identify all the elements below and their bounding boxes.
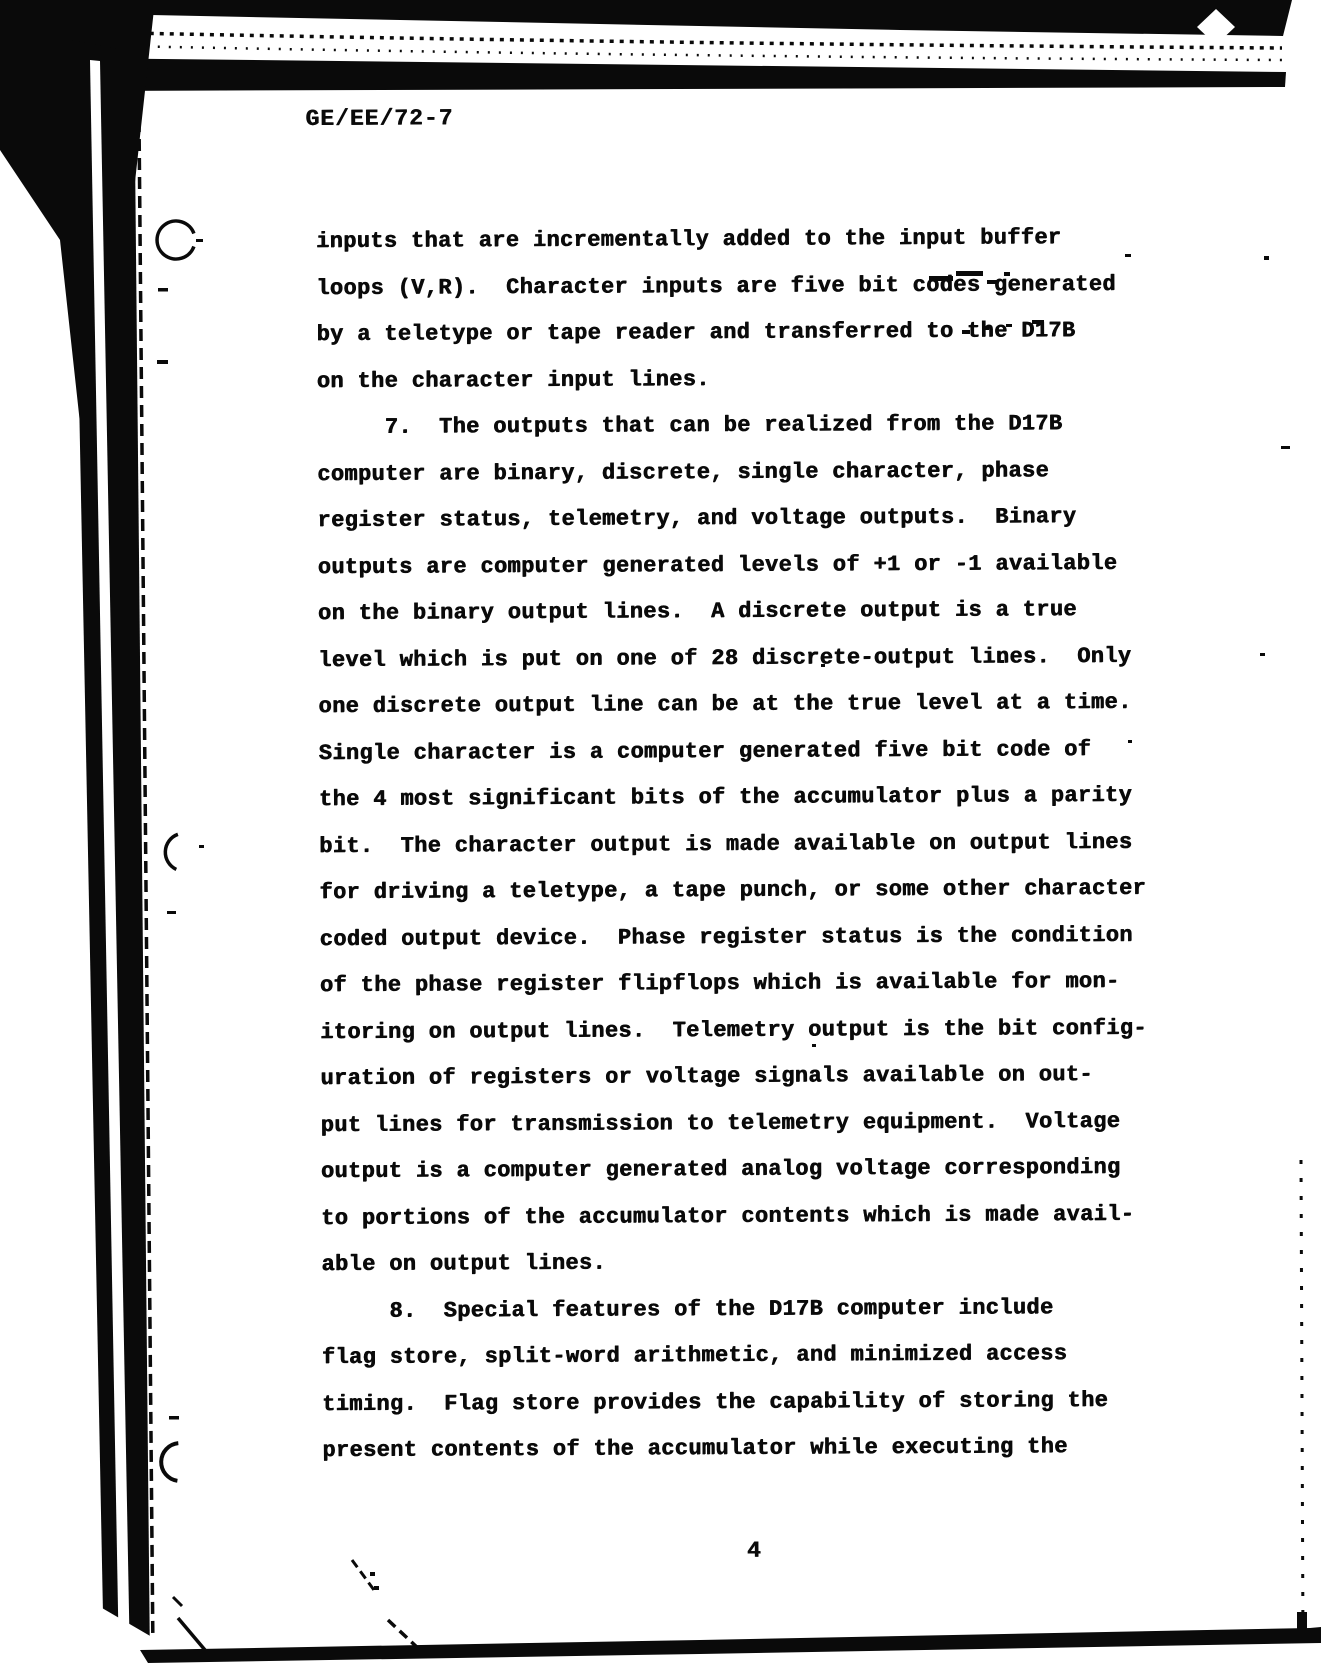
body-text-line: to portions of the accumulator contents … bbox=[321, 1191, 1221, 1242]
body-text-line: 7. The outputs that can be realized from… bbox=[317, 400, 1217, 451]
document-content: GE/EE/72-7 inputs that are incrementally… bbox=[0, 0, 1321, 1665]
body-text-line: coded output device. Phase register stat… bbox=[319, 912, 1219, 963]
scanned-document-page: GE/EE/72-7 inputs that are incrementally… bbox=[0, 0, 1321, 1665]
body-text-line: computer are binary, discrete, single ch… bbox=[317, 447, 1217, 498]
document-id-header: GE/EE/72-7 bbox=[305, 105, 453, 132]
body-text-line: present contents of the accumulator whil… bbox=[322, 1423, 1222, 1474]
body-text-line: output is a computer generated analog vo… bbox=[321, 1144, 1221, 1195]
body-text-line: on the binary output lines. A discrete o… bbox=[318, 586, 1218, 637]
body-text-line: uration of registers or voltage signals … bbox=[320, 1051, 1220, 1102]
body-text-line: loops (V,R). Character inputs are five b… bbox=[316, 261, 1216, 312]
body-text-line: by a teletype or tape reader and transfe… bbox=[316, 307, 1216, 358]
body-text-line: flag store, split-word arithmetic, and m… bbox=[322, 1330, 1222, 1381]
body-text-line: outputs are computer generated levels of… bbox=[318, 540, 1218, 591]
body-text-line: bit. The character output is made availa… bbox=[319, 819, 1219, 870]
page-number: 4 bbox=[747, 1538, 761, 1564]
body-text-line: timing. Flag store provides the capabili… bbox=[322, 1377, 1222, 1428]
document-body: inputs that are incrementally added to t… bbox=[316, 214, 1223, 1474]
body-text-line: inputs that are incrementally added to t… bbox=[316, 214, 1216, 265]
body-text-line: 8. Special features of the D17B computer… bbox=[321, 1284, 1221, 1335]
body-text-line: of the phase register flipflops which is… bbox=[320, 958, 1220, 1009]
body-text-line: the 4 most significant bits of the accum… bbox=[319, 772, 1219, 823]
body-text-line: on the character input lines. bbox=[317, 354, 1217, 405]
body-text-line: itoring on output lines. Telemetry outpu… bbox=[320, 1005, 1220, 1056]
body-text-line: level which is put on one of 28 discrete… bbox=[318, 633, 1218, 684]
body-text-line: one discrete output line can be at the t… bbox=[318, 679, 1218, 730]
body-text-line: able on output lines. bbox=[321, 1237, 1221, 1288]
body-text-line: for driving a teletype, a tape punch, or… bbox=[319, 865, 1219, 916]
body-text-line: put lines for transmission to telemetry … bbox=[320, 1098, 1220, 1149]
body-text-line: Single character is a computer generated… bbox=[319, 726, 1219, 777]
body-text-line: register status, telemetry, and voltage … bbox=[317, 493, 1217, 544]
